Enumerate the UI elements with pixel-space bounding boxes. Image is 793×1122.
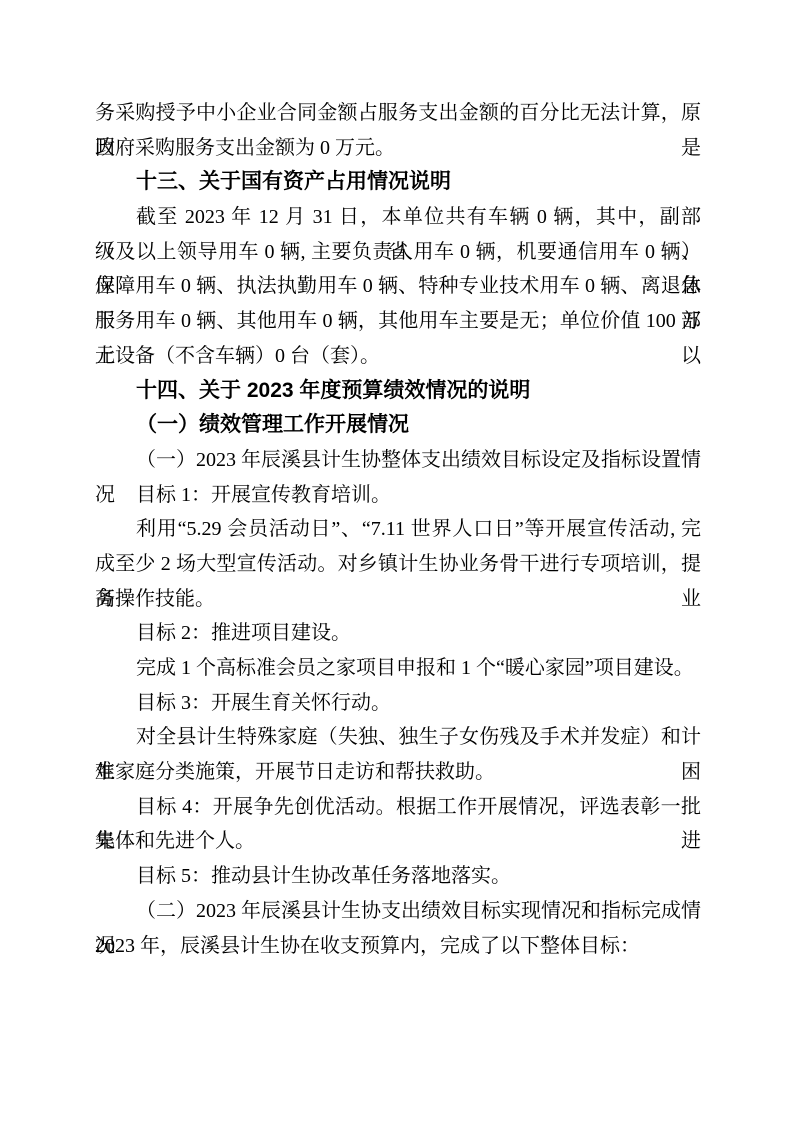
paragraph-goal-completion: （二）2023 年辰溪县计生协支出绩效目标实现情况和指标完成情况 2023 年，…: [95, 894, 701, 963]
document-page: 务采购授予中小企业合同金额占服务支出金额的百分比无法计算，原因是 政府采购服务支…: [0, 0, 793, 1122]
sub-heading-text: （一）绩效管理工作开展情况: [95, 408, 701, 443]
paragraph-goal-1: 目标 1：开展宣传教育培训。: [95, 478, 701, 513]
text-line: 目标 4：开展争先创优活动。根据工作开展情况，评选表彰一批先进: [95, 790, 701, 825]
text-line: 利用“5.29 会员活动日”、“7.11 世界人口日”等开展宣传活动, 完: [95, 512, 701, 547]
paragraph-goal-2-detail: 完成 1 个高标准会员之家项目申报和 1 个“暖心家园”项目建设。: [95, 651, 701, 686]
paragraph-goal-5: 目标 5：推动县计生协改革任务落地落实。: [95, 859, 701, 894]
text-line: 成至少 2 场大型宣传活动。对乡镇计生协业务骨干进行专项培训，提高业: [95, 547, 701, 582]
text-line: （一）2023 年辰溪县计生协整体支出绩效目标设定及指标设置情况: [95, 443, 701, 478]
paragraph-goal-setting: （一）2023 年辰溪县计生协整体支出绩效目标设定及指标设置情况: [95, 443, 701, 478]
text-line: 目标 5：推动县计生协改革任务落地落实。: [95, 859, 701, 894]
text-line: 目标 3：开展生育关怀行动。: [95, 686, 701, 721]
text-line: 目标 2：推进项目建设。: [95, 616, 701, 651]
text-line: 目标 1：开展宣传教育培训。: [95, 478, 701, 513]
heading-performance-work: （一）绩效管理工作开展情况: [95, 408, 701, 443]
paragraph-goal-2: 目标 2：推进项目建设。: [95, 616, 701, 651]
text-line: 服务用车 0 辆、其他用车 0 辆，其他用车主要是无；单位价值 100 万元以: [95, 304, 701, 339]
heading-section-13: 十三、关于国有资产占用情况说明: [95, 165, 701, 200]
paragraph-goal-3: 目标 3：开展生育关怀行动。: [95, 686, 701, 721]
text-line: 完成 1 个高标准会员之家项目申报和 1 个“暖心家园”项目建设。: [95, 651, 701, 686]
text-line: 2023 年，辰溪县计生协在收支预算内，完成了以下整体目标：: [95, 929, 701, 964]
text-line: 务采购授予中小企业合同金额占服务支出金额的百分比无法计算，原因是: [95, 96, 701, 131]
text-line: （二）2023 年辰溪县计生协支出绩效目标实现情况和指标完成情况: [95, 894, 701, 929]
document-body: 务采购授予中小企业合同金额占服务支出金额的百分比无法计算，原因是 政府采购服务支…: [95, 96, 701, 963]
text-line: 对全县计生特殊家庭（失独、独生子女伤残及手术并发症）和计生困: [95, 720, 701, 755]
text-line: 级及以上领导用车 0 辆, 主要负责人用车 0 辆，机要通信用车 0 辆、应急: [95, 235, 701, 270]
section-heading-text: 十三、关于国有资产占用情况说明: [95, 165, 701, 200]
paragraph-goal-1-detail: 利用“5.29 会员活动日”、“7.11 世界人口日”等开展宣传活动, 完 成至…: [95, 512, 701, 616]
paragraph-procurement-note: 务采购授予中小企业合同金额占服务支出金额的百分比无法计算，原因是 政府采购服务支…: [95, 96, 701, 165]
heading-section-14: 十四、关于 2023 年度预算绩效情况的说明: [95, 374, 701, 409]
paragraph-goal-3-detail: 对全县计生特殊家庭（失独、独生子女伤残及手术并发症）和计生困 难家庭分类施策，开…: [95, 720, 701, 789]
section-heading-text: 十四、关于 2023 年度预算绩效情况的说明: [95, 374, 701, 409]
text-line: 截至 2023 年 12 月 31 日，本单位共有车辆 0 辆，其中，副部（省）: [95, 200, 701, 235]
paragraph-state-assets: 截至 2023 年 12 月 31 日，本单位共有车辆 0 辆，其中，副部（省）…: [95, 200, 701, 373]
paragraph-goal-4: 目标 4：开展争先创优活动。根据工作开展情况，评选表彰一批先进 集体和先进个人。: [95, 790, 701, 859]
text-line: 保障用车 0 辆、执法执勤用车 0 辆、特种专业技术用车 0 辆、离退休干部: [95, 269, 701, 304]
